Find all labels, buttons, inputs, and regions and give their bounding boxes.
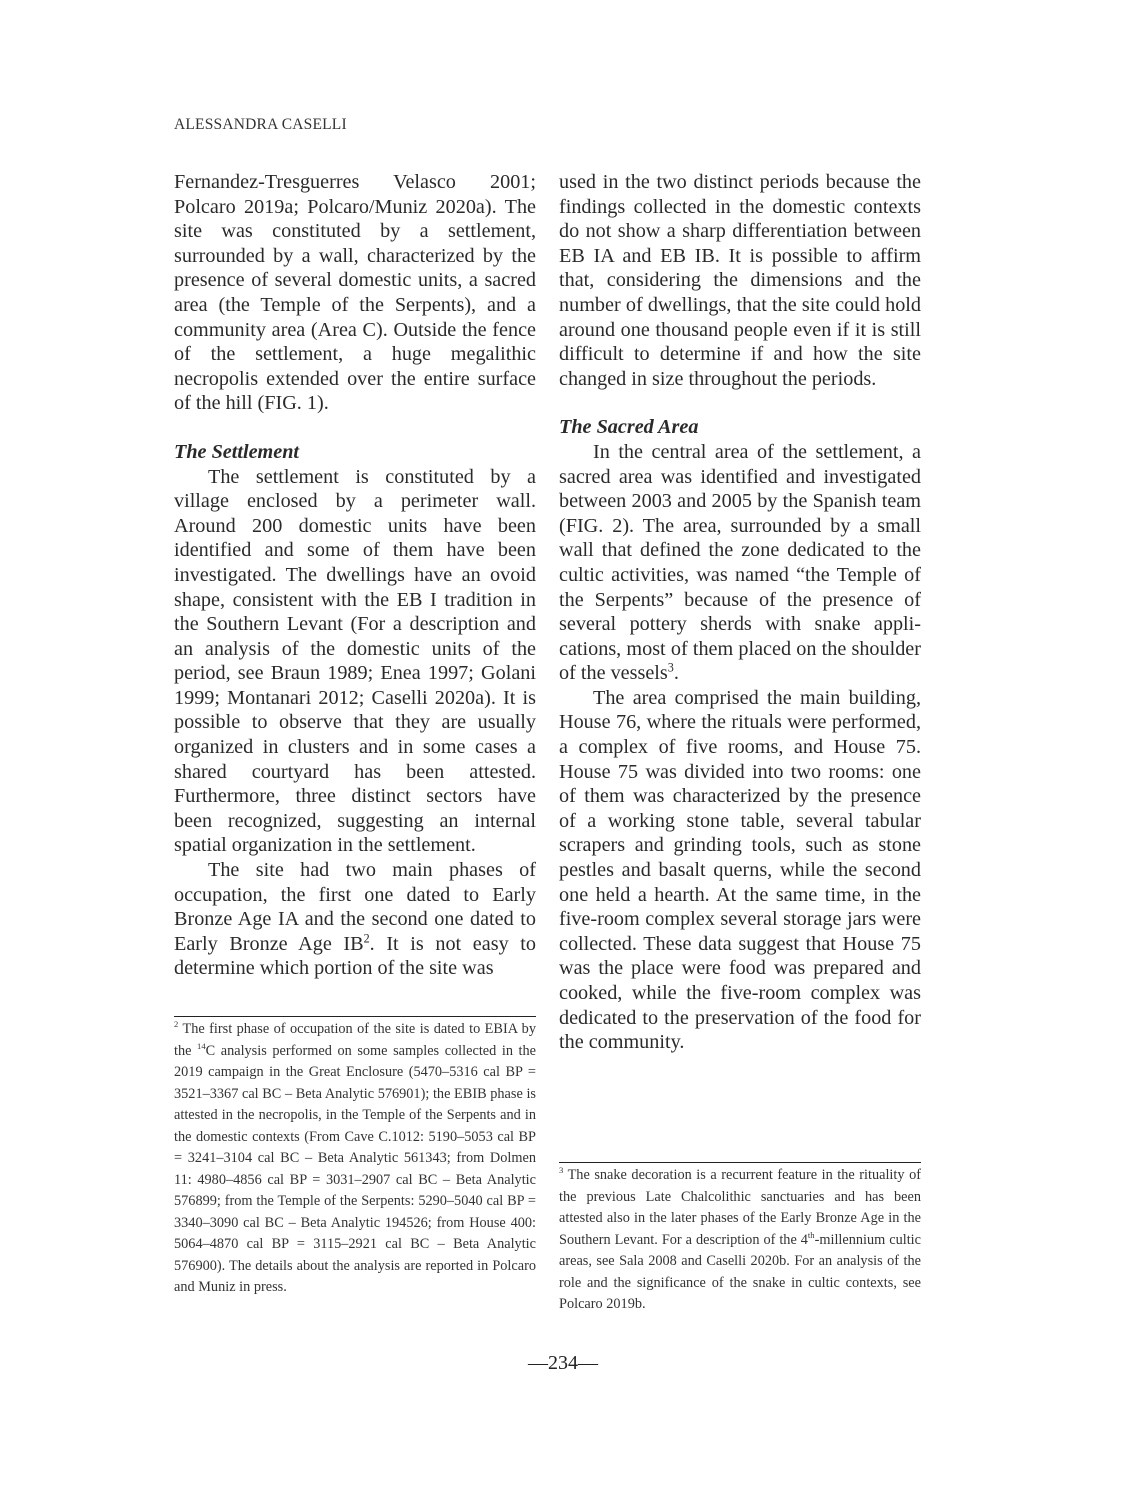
ordinal-superscript: th [808, 1230, 815, 1240]
sacred-area-paragraph-1: In the central area of the settle­ment, … [559, 440, 921, 686]
paragraph-text: . [674, 662, 679, 684]
settlement-paragraph-2: The site had two main phases of occupati… [174, 858, 536, 981]
footnote-number: 3 [559, 1165, 563, 1175]
footnote-number: 2 [174, 1019, 178, 1029]
section-title-settlement: The Settlement [174, 440, 536, 465]
continuation-paragraph: used in the two distinct periods because… [559, 170, 921, 391]
running-head-author: ALESSANDRA CASELLI [174, 116, 347, 134]
left-column: Fernandez-Tresguerres Velasco 2001; Polc… [174, 170, 536, 981]
settlement-paragraph-1: The settlement is constituted by a villa… [174, 465, 536, 859]
isotope-superscript: 14 [197, 1041, 206, 1051]
sacred-area-paragraph-2: The area comprised the main build­ing, H… [559, 686, 921, 1055]
section-title-sacred-area: The Sacred Area [559, 415, 921, 440]
right-column: used in the two distinct periods because… [559, 170, 921, 1055]
footnote-2: 2 The first phase of occupation of the s… [174, 1019, 536, 1299]
footnote-divider [559, 1162, 921, 1163]
footnote-block-left: 2 The first phase of occupation of the s… [174, 1016, 536, 1299]
footnote-block-right: 3 The snake decoration is a recurrent fe… [559, 1162, 921, 1316]
footnote-3: 3 The snake decoration is a recurrent fe… [559, 1165, 921, 1316]
footnote-text: C analysis performed on some samples col… [174, 1043, 536, 1296]
page-number: —234— [0, 1352, 1126, 1375]
intro-paragraph: Fernandez-Tresguerres Velasco 2001; Polc… [174, 170, 536, 416]
footnote-divider [174, 1016, 536, 1017]
paragraph-text: In the central area of the settle­ment, … [559, 441, 921, 684]
